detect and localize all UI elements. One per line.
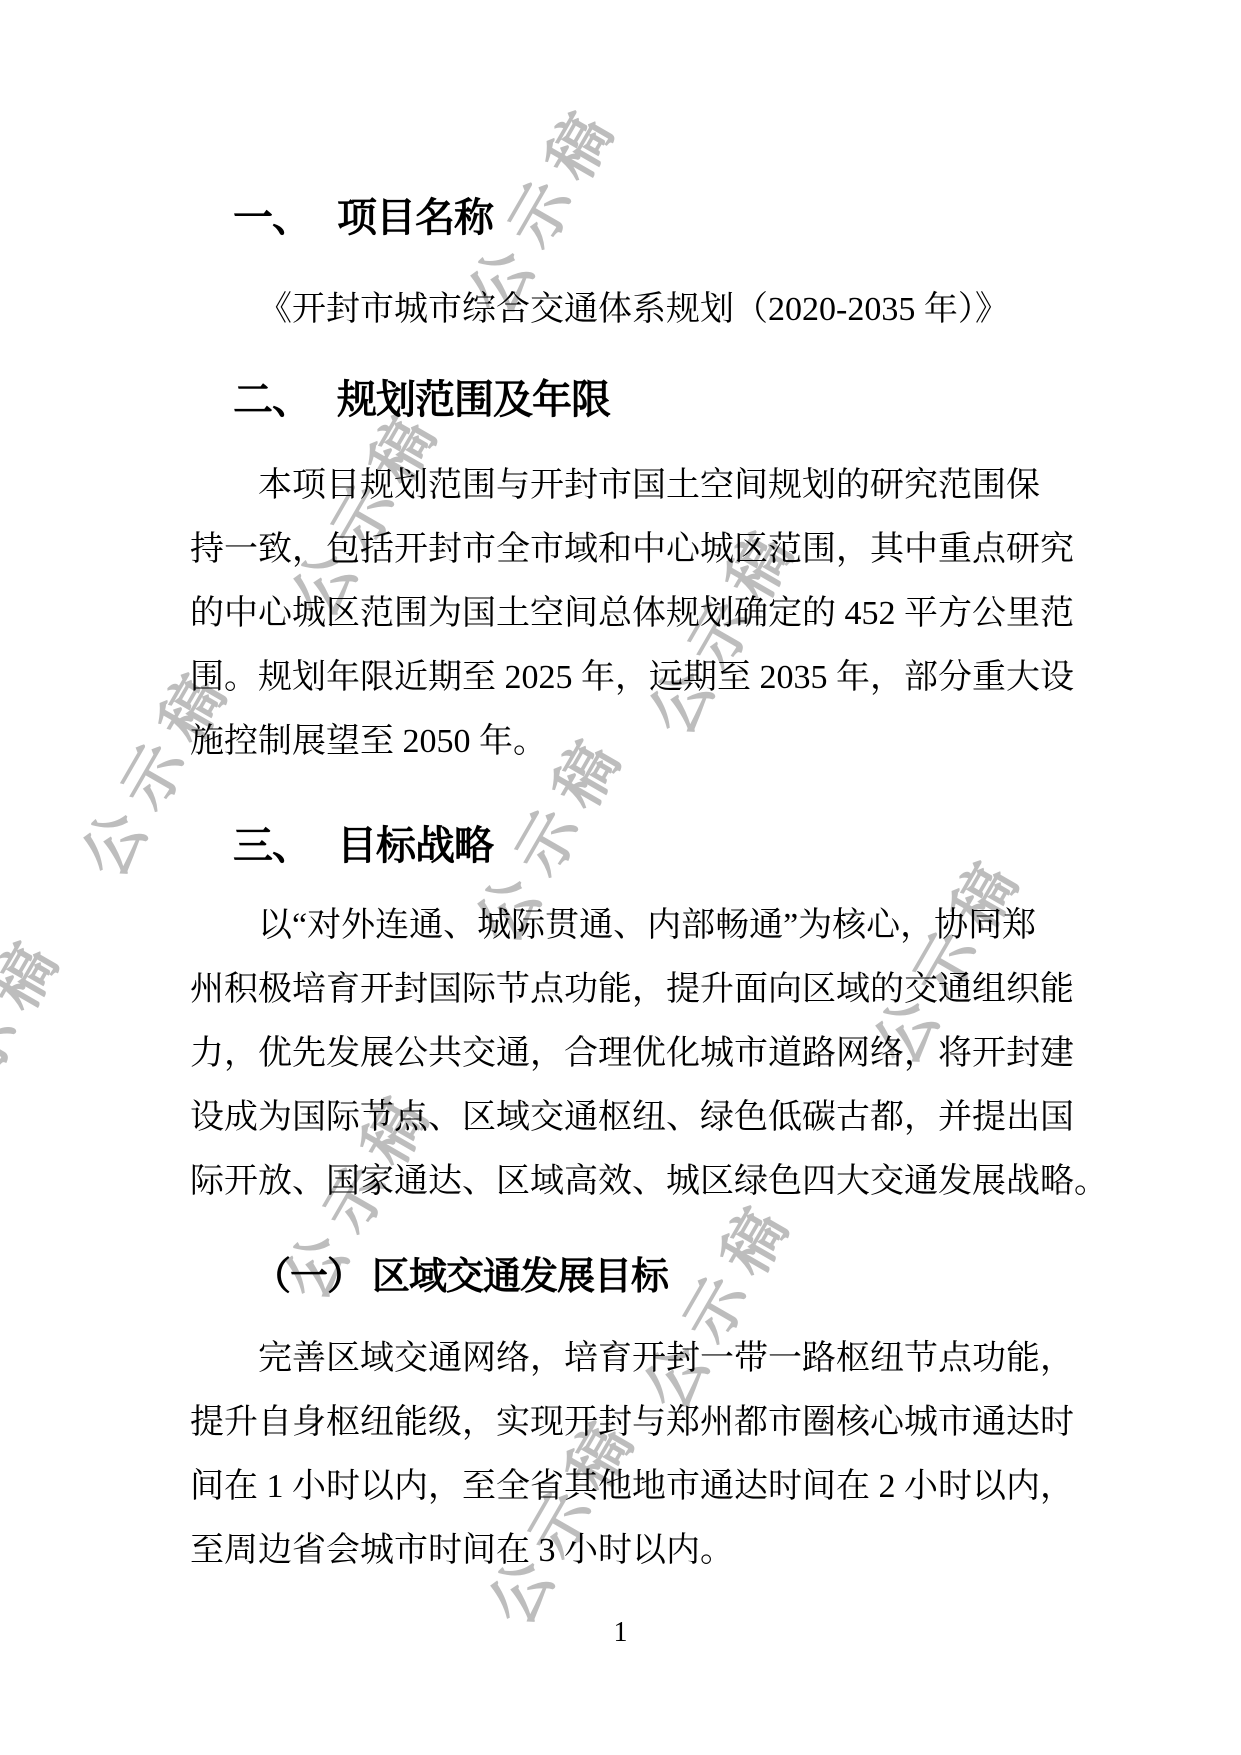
document-title: 《开封市城市综合交通体系规划（2020-2035 年）》 xyxy=(190,278,1009,342)
section-heading-1: 一、项目名称 xyxy=(233,195,493,241)
heading-number: 一、 xyxy=(233,196,311,240)
subheading-label: 区域交通发展目标 xyxy=(372,1256,668,1298)
paragraph-scope-and-horizon: 本项目规划范围与开封市国土空间规划的研究范围保 持一致，包括开封市全市域和中心城… xyxy=(190,454,1074,774)
section-heading-3: 三、目标战略 xyxy=(233,823,493,869)
paragraph-regional-goal: 完善区域交通网络，培育开封一带一路枢纽节点功能， 提升自身枢纽能级，实现开封与郑… xyxy=(190,1327,1074,1583)
heading-number: 二、 xyxy=(233,378,311,422)
subheading-number: （一） xyxy=(253,1256,364,1298)
heading-label: 规划范围及年限 xyxy=(337,378,610,422)
heading-label: 项目名称 xyxy=(337,196,493,240)
page-number: 1 xyxy=(0,1616,1241,1650)
heading-label: 目标战略 xyxy=(337,824,493,868)
document-page: 公示稿 公示稿 公示稿 公示稿 公示稿 公示稿 公示稿 公示稿 公示稿 公示稿 … xyxy=(0,0,1241,1755)
subsection-heading-1: （一）区域交通发展目标 xyxy=(253,1255,668,1299)
section-heading-2: 二、规划范围及年限 xyxy=(233,377,610,423)
document-content: 一、项目名称 《开封市城市综合交通体系规划（2020-2035 年）》 二、规划… xyxy=(0,0,1241,1755)
paragraph-goal-strategy: 以“对外连通、城际贯通、内部畅通”为核心，协同郑 州积极培育开封国际节点功能，提… xyxy=(190,894,1108,1214)
heading-number: 三、 xyxy=(233,824,311,868)
